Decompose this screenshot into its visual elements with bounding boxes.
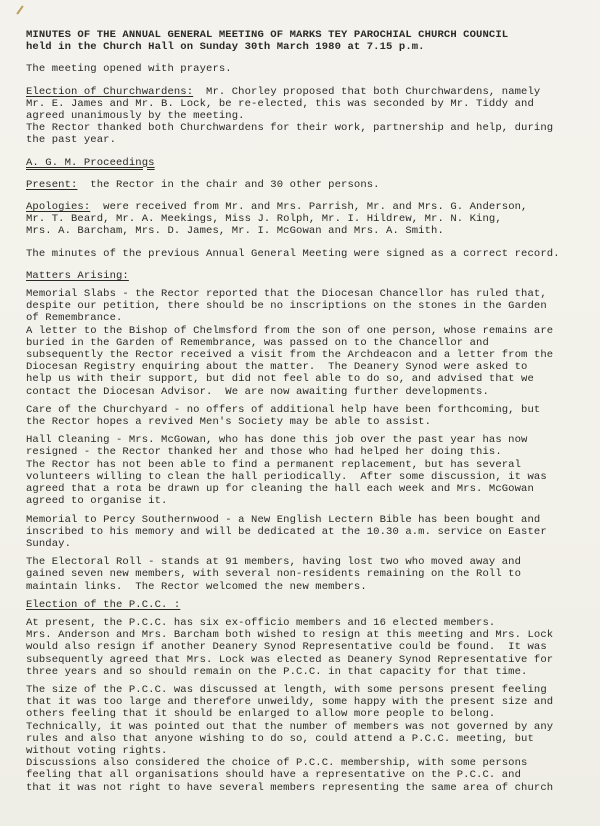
document-title: MINUTES OF THE ANNUAL GENERAL MEETING OF… (26, 29, 566, 53)
paragraph-line: Technically, it was pointed out that the… (26, 721, 566, 733)
opening-text: The meeting opened with prayers. (26, 63, 566, 75)
paragraph: The size of the P.C.C. was discussed at … (26, 684, 566, 794)
paragraph-line: would also resign if another Deanery Syn… (26, 641, 566, 653)
title-line: MINUTES OF THE ANNUAL GENERAL MEETING OF… (26, 29, 566, 41)
paragraph-line: The size of the P.C.C. was discussed at … (26, 684, 566, 696)
title-line: held in the Church Hall on Sunday 30th M… (26, 41, 566, 53)
paragraph-line: The Rector thanked both Churchwardens fo… (26, 122, 566, 134)
minutes-document: MINUTES OF THE ANNUAL GENERAL MEETING OF… (26, 29, 566, 800)
paragraph-line: that it was too large and therefore unwe… (26, 696, 566, 708)
paragraph: Memorial to Percy Southernwood - a New E… (26, 514, 566, 551)
paragraph-line: Hall Cleaning - Mrs. McGowan, who has do… (26, 434, 566, 446)
paragraph-line: maintain links. The Rector welcomed the … (26, 581, 566, 593)
paragraph-line: Mr. T. Beard, Mr. A. Meekings, Miss J. R… (26, 213, 566, 225)
paragraph-line: Mr. Chorley proposed that both Churchwar… (193, 86, 540, 98)
paragraph-line: agreed unanimously by the meeting. (26, 110, 566, 122)
paragraph-line: gained seven new members, with several n… (26, 568, 566, 580)
paragraph-line: rules and also that anyone wishing to do… (26, 733, 566, 745)
paragraph-line: that it was not right to have several me… (26, 782, 566, 794)
paragraph-line: others feeling that it should be enlarge… (26, 708, 566, 720)
present-section: Present: the Rector in the chair and 30 … (26, 179, 566, 191)
paragraph-line: were received from Mr. and Mrs. Parrish,… (90, 201, 527, 213)
paragraph-line: three years and so should remain on the … (26, 666, 566, 678)
section-heading: Election of the P.C.C. : (26, 599, 180, 611)
pen-mark (16, 5, 23, 14)
paragraph-line: A letter to the Bishop of Chelmsford fro… (26, 325, 566, 337)
paragraph-line: without voting rights. (26, 745, 566, 757)
paragraph-line: Sunday. (26, 538, 566, 550)
paragraph-line: Mr. E. James and Mr. B. Lock, be re-elec… (26, 98, 566, 110)
agm-heading: A. G. M. Proceedings (26, 157, 155, 169)
paragraph-line: Discussions also considered the choice o… (26, 757, 566, 769)
section-heading: Election of Churchwardens: (26, 86, 193, 98)
paragraph-line: At present, the P.C.C. has six ex-offici… (26, 617, 566, 629)
paragraph-line: contact the Diocesan Advisor. We are now… (26, 386, 566, 398)
paragraph-line: subsequently the Rector received a visit… (26, 349, 566, 361)
paragraph-line: the Rector in the chair and 30 other per… (77, 179, 379, 191)
paragraph: At present, the P.C.C. has six ex-offici… (26, 617, 566, 678)
paragraph-line: of Remembrance. (26, 312, 566, 324)
paragraph-line: despite our petition, there should be no… (26, 300, 566, 312)
pcc-election-section: Election of the P.C.C. : At present, the… (26, 599, 566, 800)
paragraph-line: feeling that all organisations should ha… (26, 769, 566, 781)
paragraph-line: Diocesan Registry enquiring about the ma… (26, 361, 566, 373)
document-page: MINUTES OF THE ANNUAL GENERAL MEETING OF… (0, 0, 600, 826)
paragraph: Memorial Slabs - the Rector reported tha… (26, 288, 566, 398)
paragraph-line: Memorial to Percy Southernwood - a New E… (26, 514, 566, 526)
paragraph-line: buried in the Garden of Remembrance, was… (26, 337, 566, 349)
paragraph-line: Care of the Churchyard - no offers of ad… (26, 404, 566, 416)
apologies-section: Apologies: were received from Mr. and Mr… (26, 201, 566, 238)
paragraph: Care of the Churchyard - no offers of ad… (26, 404, 566, 428)
paragraph-line: The Electoral Roll - stands at 91 member… (26, 556, 566, 568)
pcc-election-paragraphs: At present, the P.C.C. has six ex-offici… (26, 617, 566, 800)
paragraph-line: the past year. (26, 134, 566, 146)
paragraph-line: The Rector has not been able to find a p… (26, 459, 566, 471)
paragraph-line: volunteers willing to clean the hall per… (26, 471, 566, 483)
section-heading: Apologies: (26, 201, 90, 213)
paragraph-line: inscribed to his memory and will be dedi… (26, 526, 566, 538)
previous-minutes-text: The minutes of the previous Annual Gener… (26, 248, 566, 260)
paragraph-line: agreed that a rota be drawn up for clean… (26, 483, 566, 495)
paragraph-line: help us with their support, but did not … (26, 373, 566, 385)
paragraph: Hall Cleaning - Mrs. McGowan, who has do… (26, 434, 566, 507)
section-heading: Present: (26, 179, 77, 191)
matters-arising-paragraphs: Memorial Slabs - the Rector reported tha… (26, 288, 566, 599)
paragraph-line: resigned - the Rector thanked her and th… (26, 446, 566, 458)
paragraph-line: agreed to organise it. (26, 495, 566, 507)
paragraph-line: Mrs. A. Barcham, Mrs. D. James, Mr. I. M… (26, 225, 566, 237)
section-heading: Matters Arising: (26, 270, 129, 282)
churchwardens-section: Election of Churchwardens: Mr. Chorley p… (26, 86, 566, 147)
paragraph: The Electoral Roll - stands at 91 member… (26, 556, 566, 593)
paragraph-line: Mrs. Anderson and Mrs. Barcham both wish… (26, 629, 566, 641)
paragraph-line: subsequently agreed that Mrs. Lock was e… (26, 654, 566, 666)
matters-arising-section: Matters Arising: Memorial Slabs - the Re… (26, 270, 566, 599)
paragraph-line: Memorial Slabs - the Rector reported tha… (26, 288, 566, 300)
paragraph-line: the Rector hopes a revived Men's Society… (26, 416, 566, 428)
